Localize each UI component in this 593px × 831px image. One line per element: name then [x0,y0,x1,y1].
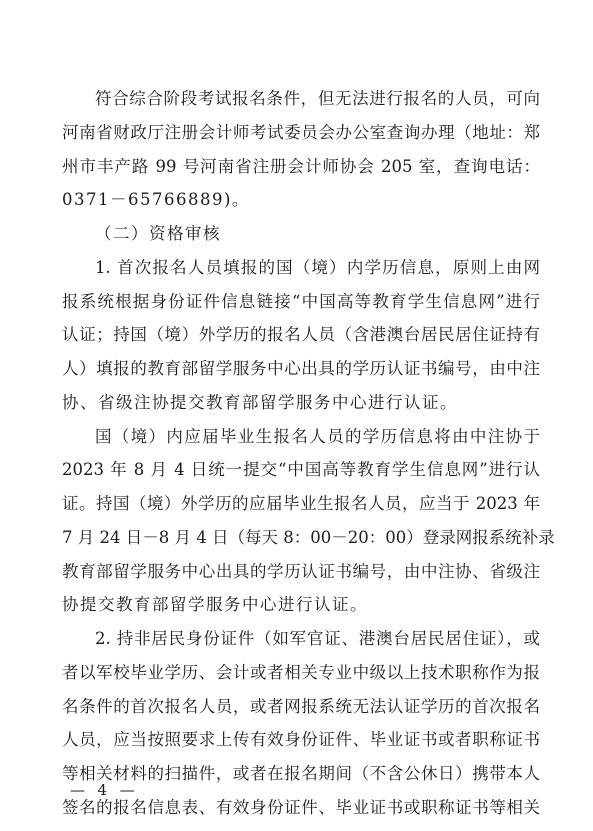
text-line: 7 月 24 日－8 月 4 日（每天 8：00－20：00）登录网报系统补录 [62,521,540,555]
text-line: 协提交教育部留学服务中心进行认证。 [62,588,540,622]
paragraph-first-time-registrants: 1. 首次报名人员填报的国（境）内学历信息，原则上由网 报系统根据身份证件信息链… [62,251,540,420]
paragraph-registration-help: 符合综合阶段考试报名条件，但无法进行报名的人员，可向 河南省财政厅注册会计师考试… [62,82,540,217]
text-line: 认证；持国（境）外学历的报名人员（含港澳台居民居住证持有 [62,318,540,352]
text-line: 州市丰产路 99 号河南省注册会计师协会 205 室，查询电话： [62,150,540,184]
text-line: 1. 首次报名人员填报的国（境）内学历信息，原则上由网 [62,251,540,285]
section-heading-qualification-review: （二）资格审核 [62,217,540,251]
text-line: 名条件的首次报名人员，或者网报系统无法认证学历的首次报名 [62,690,540,724]
text-line: 者以军校毕业学历、会计或者相关专业中级以上技术职称作为报 [62,656,540,690]
text-line: 协、省级注协提交教育部留学服务中心进行认证。 [62,386,540,420]
text-line: 0371－65766889)。 [62,183,540,217]
document-body: 符合综合阶段考试报名条件，但无法进行报名的人员，可向 河南省财政厅注册会计师考试… [62,82,540,825]
text-line: 人）填报的教育部留学服务中心出具的学历认证书编号，由中注 [62,352,540,386]
paragraph-graduating-students: 国（境）内应届毕业生报名人员的学历信息将由中注协于 2023 年 8 月 4 日… [62,420,540,623]
text-line: 2. 持非居民身份证件（如军官证、港澳台居民居住证），或 [62,622,540,656]
page-number: — 4 — [70,781,136,799]
text-line: 符合综合阶段考试报名条件，但无法进行报名的人员，可向 [62,82,540,116]
text-line: 2023 年 8 月 4 日统一提交“中国高等教育学生信息网”进行认 [62,453,540,487]
text-line: 证。持国（境）外学历的应届毕业生报名人员，应当于 2023 年 [62,487,540,521]
text-line: 国（境）内应届毕业生报名人员的学历信息将由中注协于 [62,420,540,454]
text-line: 报系统根据身份证件信息链接“中国高等教育学生信息网”进行 [62,285,540,319]
text-line: 人员，应当按照要求上传有效身份证件、毕业证书或者职称证书 [62,723,540,757]
section-heading: （二）资格审核 [62,217,540,251]
text-line: 教育部留学服务中心出具的学历认证书编号，由中注协、省级注 [62,555,540,589]
text-line: 河南省财政厅注册会计师考试委员会办公室查询办理（地址：郑 [62,116,540,150]
